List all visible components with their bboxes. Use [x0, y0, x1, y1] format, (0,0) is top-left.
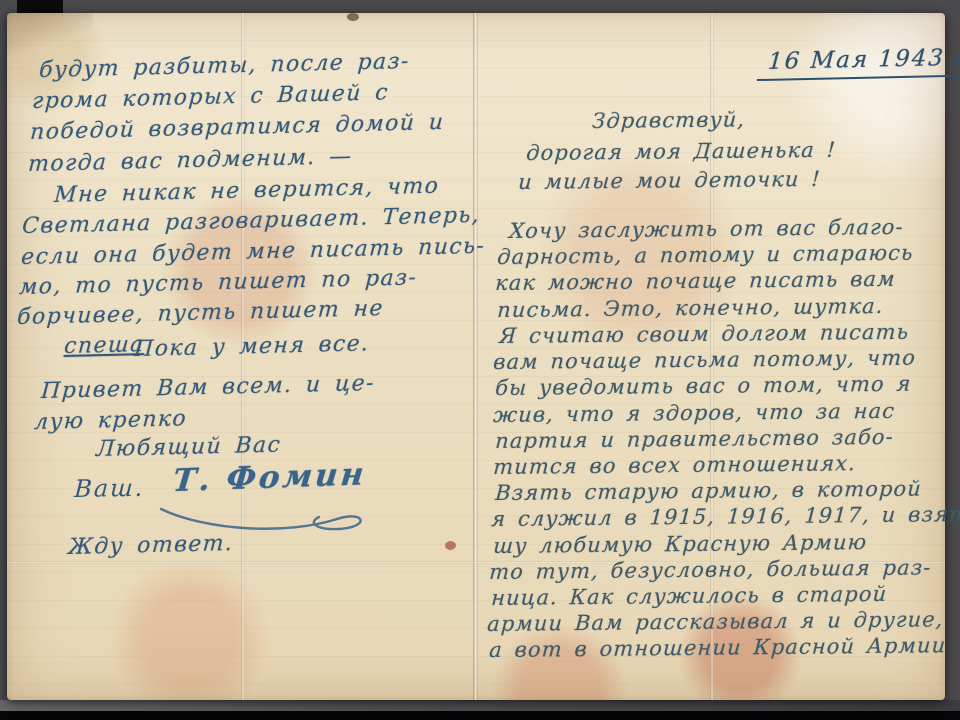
letter-paper: будут разбиты, после раз- грома которых …: [7, 13, 945, 700]
letter-line: Светлана разговаривает. Теперь,: [21, 203, 481, 239]
top-edge-notch: [17, 0, 63, 13]
letter-line: партия и правительство забо-: [495, 425, 895, 453]
signature-prefix: Ваш.: [74, 474, 146, 503]
letter-line: ница. Как служилось в старой: [491, 582, 888, 610]
fold-crease-center: [473, 13, 478, 700]
letter-line: вам почаще письма потому, что: [493, 346, 917, 374]
letter-line: Взять старую армию, в которой: [495, 477, 923, 505]
letter-line: Хочу заслужить от вас благо-: [509, 215, 905, 243]
photo-background: будут разбиты, после раз- грома которых …: [0, 0, 960, 720]
bottom-black-bar: [0, 711, 960, 720]
letter-date: 16 Мая 1943 г.: [757, 44, 960, 81]
letter-line: письма. Это, конечно, шутка.: [497, 294, 885, 322]
letter-line: Я считаю своим долгом писать: [499, 320, 910, 348]
letter-line: грома которых с Вашей с: [31, 80, 389, 114]
letter-line: лую крепко: [33, 406, 187, 435]
letter-line: бы уведомить вас о том, что я: [495, 372, 913, 400]
ink-stain: [445, 541, 456, 550]
postscript-line: Жду ответ.: [67, 531, 234, 560]
letter-line: Привет Вам всем. и це-: [40, 371, 375, 404]
letter-line: тогда вас подменим. —: [27, 144, 353, 177]
letter-line: тится во всех отношениях.: [493, 451, 857, 479]
greeting-line: и милые мои деточки !: [518, 167, 822, 194]
letter-line: жив, что я здоров, что за нас: [493, 399, 896, 427]
letter-line: Мне никак не верится, что: [53, 174, 440, 208]
letter-line: Любящий Вас: [95, 432, 282, 462]
greeting-line: дорогая моя Дашенька !: [526, 138, 837, 165]
letter-line: Пока у меня все.: [133, 331, 370, 362]
letter-line: армии Вам рассказывал я и другие,: [487, 607, 945, 636]
letter-line: как можно почаще писать вам: [495, 267, 897, 295]
letter-line: мо, то пусть пишет по раз-: [18, 265, 418, 300]
letter-line: борчивее, пусть пишет не: [16, 296, 384, 330]
greeting-line: Здравствуй,: [592, 107, 746, 133]
paper-blemish: [347, 13, 359, 21]
letter-line: я служил в 1915, 1916, 1917, и взять на-: [491, 501, 960, 531]
letter-line: дарность, а потому и стараюсь: [497, 241, 915, 269]
letter-line: победой возвратимся домой и: [29, 110, 445, 145]
letter-line: а вот в отношении Красной Армии: [489, 633, 947, 662]
letter-line: шу любимую Красную Армию: [493, 530, 868, 558]
signature: Т. Фомин: [171, 456, 368, 499]
corner-fold-shadow: [7, 13, 93, 55]
letter-line: то тут, безусловно, большая раз-: [489, 555, 933, 584]
letter-line: будут разбиты, после раз-: [38, 49, 410, 83]
